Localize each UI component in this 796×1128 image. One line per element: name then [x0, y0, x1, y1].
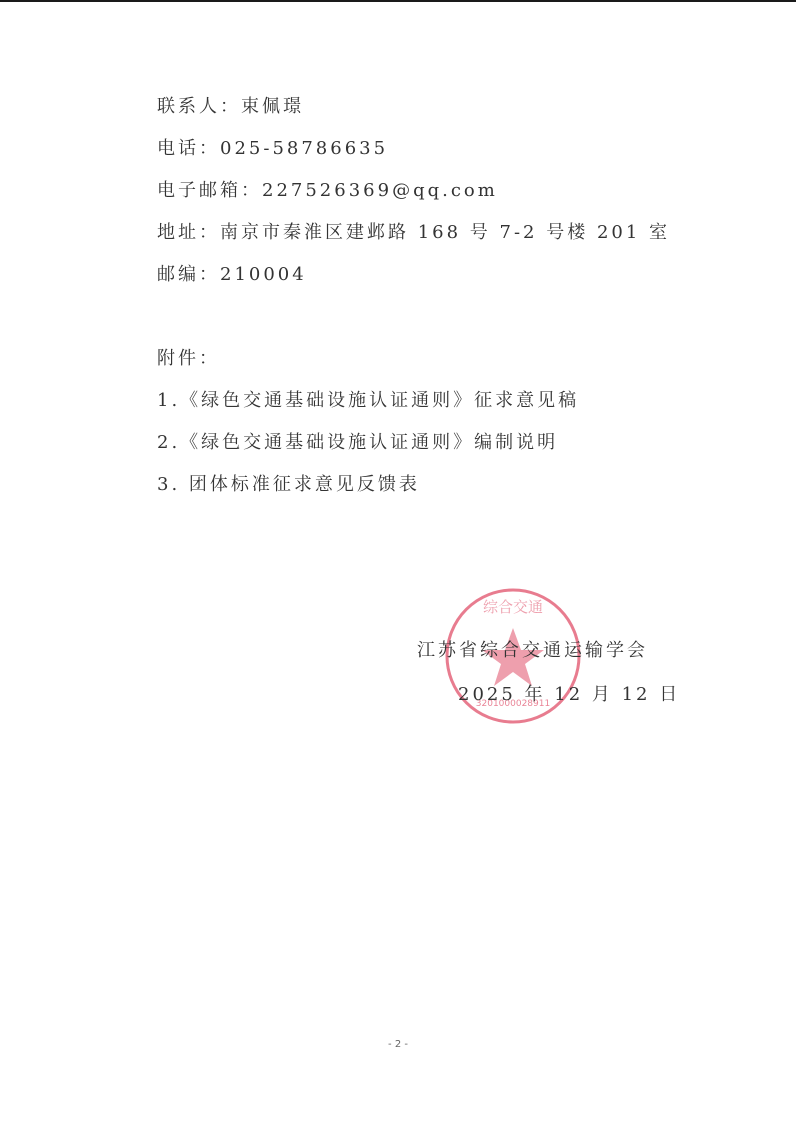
- contact-phone: 电话：025-58786635: [157, 134, 388, 160]
- page-number: - 2 -: [0, 1039, 796, 1050]
- attachment-item-1: 1.《绿色交通基础设施认证通则》征求意见稿: [157, 386, 579, 412]
- scan-top-edge: [0, 0, 796, 2]
- attachment-item-2: 2.《绿色交通基础设施认证通则》编制说明: [157, 428, 558, 454]
- attachments-heading: 附件：: [157, 344, 220, 370]
- svg-text:综合交通: 综合交通: [483, 598, 543, 616]
- contact-email: 电子邮箱：227526369@qq.com: [157, 176, 498, 202]
- signature-organization: 江苏省综合交通运输学会: [417, 636, 648, 662]
- attachment-item-3: 3. 团体标准征求意见反馈表: [157, 470, 420, 496]
- contact-postcode: 邮编：210004: [157, 260, 307, 286]
- signature-date: 2025 年 12 月 12 日: [458, 680, 680, 706]
- contact-address: 地址：南京市秦淮区建邺路 168 号 7-2 号楼 201 室: [157, 218, 670, 244]
- contact-person: 联系人：束佩璟: [157, 92, 304, 118]
